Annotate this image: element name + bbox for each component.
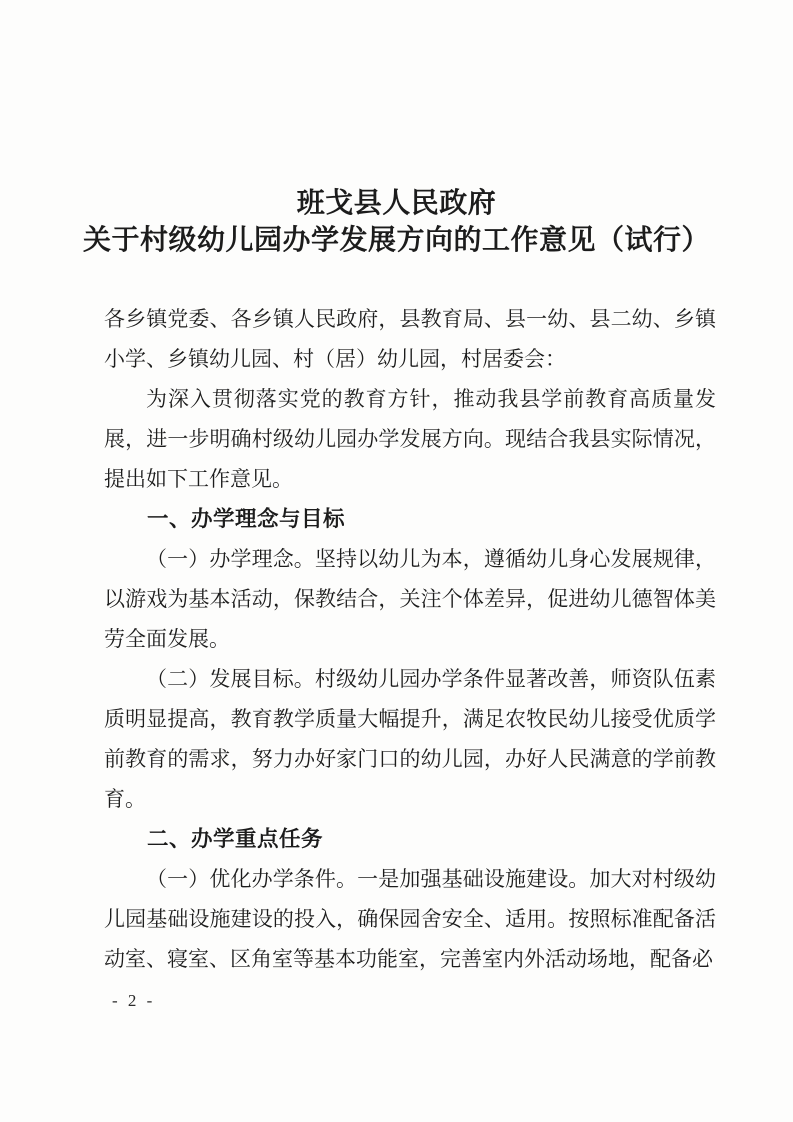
document-title-line-2: 关于村级幼儿园办学发展方向的工作意见（试行） — [0, 222, 793, 259]
salutation-paragraph: 各乡镇党委、各乡镇人民政府，县教育局、县一幼、县二幼、乡镇小学、乡镇幼儿园、村（… — [104, 299, 716, 379]
document-page: 班戈县人民政府 关于村级幼儿园办学发展方向的工作意见（试行） 各乡镇党委、各乡镇… — [0, 0, 793, 1122]
document-title: 班戈县人民政府 关于村级幼儿园办学发展方向的工作意见（试行） — [0, 185, 793, 259]
section-heading: 二、办学重点任务 — [104, 819, 716, 859]
body-paragraph: （一）优化办学条件。一是加强基础设施建设。加大对村级幼儿园基础设施建设的投入，确… — [104, 859, 716, 979]
body-paragraph: 为深入贯彻落实党的教育方针，推动我县学前教育高质量发展，进一步明确村级幼儿园办学… — [104, 379, 716, 499]
page-number: - 2 - — [112, 991, 155, 1010]
body-paragraph: （二）发展目标。村级幼儿园办学条件显著改善，师资队伍素质明显提高，教育教学质量大… — [104, 659, 716, 819]
page-footer: - 2 - — [112, 991, 155, 1011]
document-body: 各乡镇党委、各乡镇人民政府，县教育局、县一幼、县二幼、乡镇小学、乡镇幼儿园、村（… — [104, 299, 716, 979]
section-heading: 一、办学理念与目标 — [104, 499, 716, 539]
body-paragraph: （一）办学理念。坚持以幼儿为本，遵循幼儿身心发展规律，以游戏为基本活动，保教结合… — [104, 539, 716, 659]
document-title-line-1: 班戈县人民政府 — [0, 185, 793, 222]
